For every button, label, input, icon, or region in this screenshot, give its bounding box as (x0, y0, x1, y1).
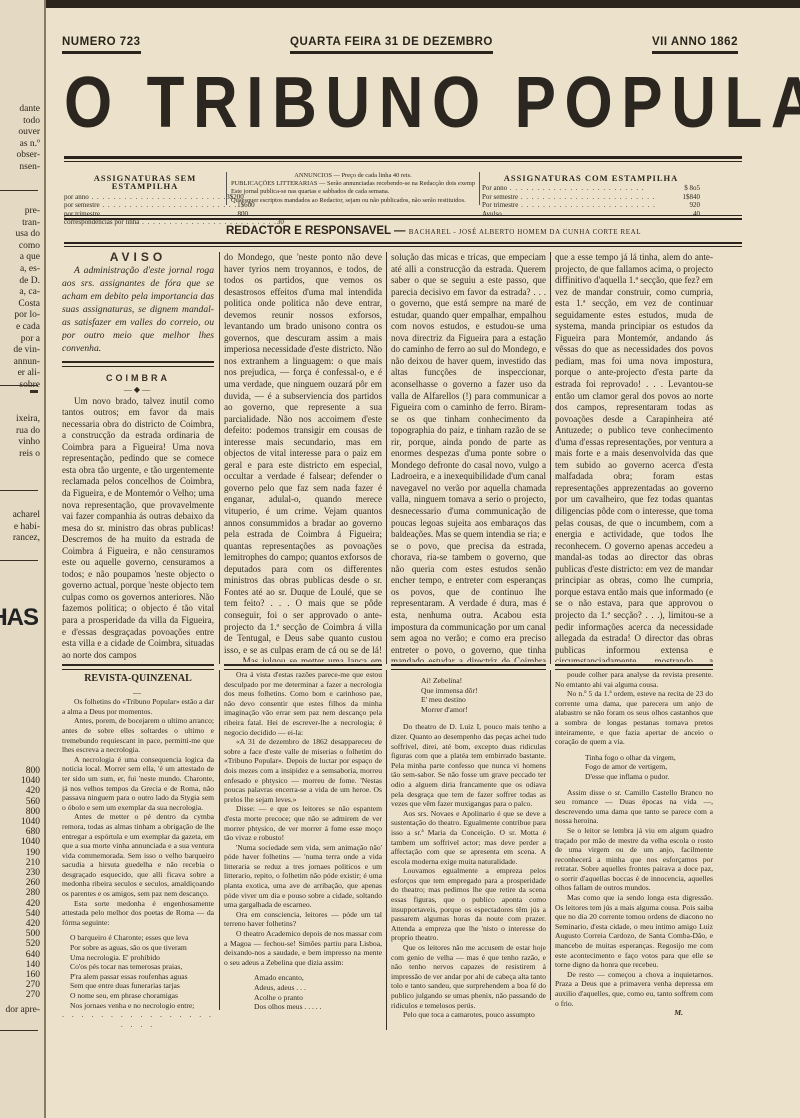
text-fragment: e cada (16, 322, 40, 334)
coimbra-article-part-3: solução das micas e tricas, que empeciam… (391, 252, 546, 662)
verse-line: Fogo de amor de vertigem, (585, 762, 713, 772)
ellipsis-line: . . . . . . . . . . . . . . . . . . . . (62, 1010, 214, 1029)
paragraph: «A 31 de dezembro de 1862 desappareceu d… (224, 737, 382, 804)
newspaper-page: NUMERO 723 QUARTA FEIRA 31 DE DEZEMBRO V… (46, 8, 800, 1118)
paragraph: De resto — começou a chova a inquietarno… (555, 970, 713, 1008)
revista-heading: REVISTA-QUINZENAL (62, 674, 214, 684)
subscription-row: por trimestre800 (64, 210, 226, 218)
column-separator (386, 252, 387, 664)
verse-line: Dos olhos meus . . . . . (254, 1002, 382, 1012)
text-fragment: rua do (16, 426, 40, 438)
subscription-row: Por trimestre920 (482, 201, 700, 209)
verse-line: Nos jornaes venha e no necrologio entre; (70, 1001, 214, 1011)
column-4-top: que a esse tempo já lá tinha, alem do an… (555, 252, 713, 662)
divider (64, 215, 742, 216)
paragraph: Louvamos egualmente a empreza pelos esfo… (391, 866, 546, 943)
paragraph: O theatro Academico depois de nos massar… (224, 929, 382, 967)
text-fragment: ixeira, (16, 414, 40, 426)
paragraph: 'Numa sociedade sem vida, sem animação n… (224, 843, 382, 910)
verse-line: Acolhe o pranto (254, 993, 382, 1003)
paragraph: Aos srs. Novaes e Apolinario é que se de… (391, 809, 546, 867)
subscription-row: por anno3$200 (64, 193, 226, 201)
verse-line: O nome seu, em phrase choramigas (70, 991, 214, 1001)
editor-line: REDACTOR E RESPONSAVEL — BACHAREL - JOSÉ… (226, 225, 641, 237)
ornament: — (62, 688, 214, 698)
verse-line: Uma necrologia. E' prohibido (70, 953, 214, 963)
text-fragment: usa do (15, 229, 40, 241)
ornament: —◆— (62, 384, 214, 396)
price-label: Por trimestre (482, 201, 656, 209)
text-fragment: 270 (26, 990, 40, 1002)
signature: M. (555, 1008, 713, 1018)
text-fragment: de D. (19, 276, 40, 288)
price-label: Avulso (482, 210, 639, 218)
price-value: $ 8o5 (684, 184, 700, 192)
subscription-row: por semestre1$600 (64, 201, 226, 209)
masthead-title: O TRIBUNO POPULAR (64, 58, 632, 148)
paragraph: No n.º 5 da 1.ª ordem, esteve na recita … (555, 689, 713, 747)
subscription-row: Por anno$ 8o5 (482, 184, 700, 192)
text-fragment: as n.º (20, 139, 40, 151)
subscription-row: Por semestre1$840 (482, 193, 700, 201)
text-fragment: a que (20, 252, 40, 264)
coimbra-heading: COIMBRA (62, 373, 214, 385)
price-value: 800 (237, 210, 248, 218)
paragraph: Ora á vista d'estas razões parece-me que… (224, 670, 382, 737)
price-label: por semestre (64, 201, 237, 209)
price-value: 920 (690, 201, 701, 209)
price-label: Por anno (482, 184, 645, 192)
aviso-text: A administração d'este jornal roga aos s… (62, 264, 214, 355)
paragraph: Antes, porem, de bocejarem o ultimo arra… (62, 716, 214, 754)
paragraph: poude colher para analyse da revista pre… (555, 670, 713, 689)
paragraph: Se o leitor se lembra já viu em algum qu… (555, 826, 713, 893)
verse-line: P'ra alem passar essas roufenhas aguas (70, 972, 214, 982)
price-label: por anno (64, 193, 226, 201)
paragraph: Esta sorte medonha é engenhosamente atte… (62, 899, 214, 928)
revista-column-1: REVISTA-QUINZENAL — Os folhetins do «Tri… (62, 670, 214, 1090)
issue-number: NUMERO 723 (62, 36, 141, 54)
column-separator (219, 252, 220, 664)
divider (64, 161, 742, 162)
revista-column-2: Ora á vista d'estas razões parece-me que… (224, 670, 382, 1090)
divider (64, 156, 742, 159)
text-fragment: annun- (14, 357, 40, 369)
text-fragment: dante (19, 104, 40, 116)
text-fragment: de vin- (13, 345, 40, 357)
column-3-top: solução das micas e tricas, que empeciam… (391, 252, 546, 662)
paragraph: Do theatro de D. Luiz I, pouco mais tenh… (391, 722, 546, 808)
text-fragment: como (19, 241, 40, 253)
revista-column-3: Ai! Zebelina!Que immensa dôr!E' meu dest… (391, 670, 546, 1090)
verse-line: E' meu destino (421, 695, 546, 705)
verse-line: Adeus, adeus . . . (254, 983, 382, 993)
revista-column-4: poude colher para analyse da revista pre… (555, 670, 713, 1090)
text-fragment: obser- (16, 150, 40, 162)
previous-page-edge: dantetodoouveras n.ºobser-nsen- pre-tran… (0, 0, 46, 1118)
verse-line: Co'os pés tocar nas temerosas praias, (70, 962, 214, 972)
column-2-top: do Mondego, que 'neste ponto não deve ha… (224, 252, 382, 662)
text-fragment: reis o (19, 449, 40, 461)
text-fragment: por lo- (14, 310, 40, 322)
coimbra-article-part-4: que a esse tempo já lá tinha, alem do an… (555, 252, 713, 662)
subscriptions-with-stamp: ASSIGNATURAS COM ESTAMPILHA Por anno$ 8o… (482, 174, 700, 218)
verse-line: D'esse que inflama o pudor. (585, 772, 713, 782)
paragraph: Que os leitores não me accusem de estar … (391, 943, 546, 1010)
column-separator (386, 670, 387, 1030)
divider (0, 385, 38, 386)
coimbra-article-part-2: do Mondego, que 'neste ponto não deve ha… (224, 252, 382, 662)
price-value: 40 (693, 210, 700, 218)
text-fragment: todo (23, 116, 40, 128)
text-fragment: pre- (25, 206, 40, 218)
verse-line: Amado encanto, (254, 973, 382, 983)
text-fragment: Costa (18, 299, 40, 311)
divider (0, 490, 38, 491)
text-fragment: rancez, (13, 533, 40, 545)
text-fragment: tran- (22, 218, 40, 230)
verse-line: Morrer d'amor! (421, 705, 546, 715)
paragraph: Disse: — e que os leitores se não espant… (224, 804, 382, 842)
paragraph: Pelo que toca a camarotes, pouco assumpt… (391, 1010, 546, 1020)
price-label: Por semestre (482, 193, 655, 201)
verse-line: Por sobre as aguas, são os que tiveram (70, 943, 214, 953)
text-fragment: acharel (13, 510, 40, 522)
paragraph: A necrologia é uma consequencia logica d… (62, 755, 214, 813)
previous-page-tail: dor apre- (5, 1005, 40, 1017)
column-1-top: AVISO A administração d'este jornal roga… (62, 252, 214, 662)
verse-line: Que immensa dôr! (421, 686, 546, 696)
text-fragment: a, es- (20, 264, 40, 276)
paragraph: Ora em consciencia, leitores — póde um t… (224, 910, 382, 929)
price-value: 1$840 (683, 193, 701, 201)
divider (0, 1030, 38, 1031)
column-separator (550, 252, 551, 664)
text-fragment: e habi- (14, 522, 40, 534)
scan-top-edge (0, 0, 800, 8)
text-fragment: por a (21, 334, 40, 346)
column-separator (219, 670, 220, 1010)
aviso-heading: AVISO (62, 252, 214, 264)
paragraph: Os folhetins do «Tribuno Popular» estão … (62, 697, 214, 716)
divider (62, 361, 214, 367)
previous-page-heading: HAS (0, 604, 38, 632)
text-fragment: vinho (18, 437, 40, 449)
text-fragment: nsen- (19, 162, 40, 174)
verse-line: Tinha fogo o olhar da virgem, (585, 753, 713, 763)
issue-date: QUARTA FEIRA 31 DE DEZEMBRO (290, 36, 493, 54)
text-fragment: er ali- (18, 368, 40, 380)
issue-year: VII ANNO 1862 (652, 36, 738, 54)
divider (30, 390, 38, 393)
paragraph: Mas como que ia sendo longa esta digress… (555, 893, 713, 970)
divider (0, 560, 38, 561)
coimbra-article-part-1: Um novo brado, talvez inutil como tantos… (62, 396, 214, 662)
text-fragment: a, ca- (19, 287, 40, 299)
verse-line: Sem que entre duas funerarias tarjas (70, 981, 214, 991)
announcements-box: ANNUNCIOS — Preço de cada linha 40 reis.… (226, 172, 480, 205)
text-fragment: ouver (18, 127, 40, 139)
paragraph: Antes de metter o pé dentro da cymba rem… (62, 812, 214, 898)
divider (64, 246, 742, 247)
subscription-row: Avulso40 (482, 210, 700, 218)
price-label: por trimestre (64, 210, 237, 218)
verse-line: Ai! Zebelina! (421, 676, 546, 686)
paragraph: Assim disse o sr. Camillo Castello Branc… (555, 788, 713, 826)
verse-line: O barqueiro é Charonte; esses que leva (70, 933, 214, 943)
divider (64, 242, 742, 244)
divider (64, 218, 742, 220)
column-separator (550, 670, 551, 1000)
divider (0, 190, 38, 191)
